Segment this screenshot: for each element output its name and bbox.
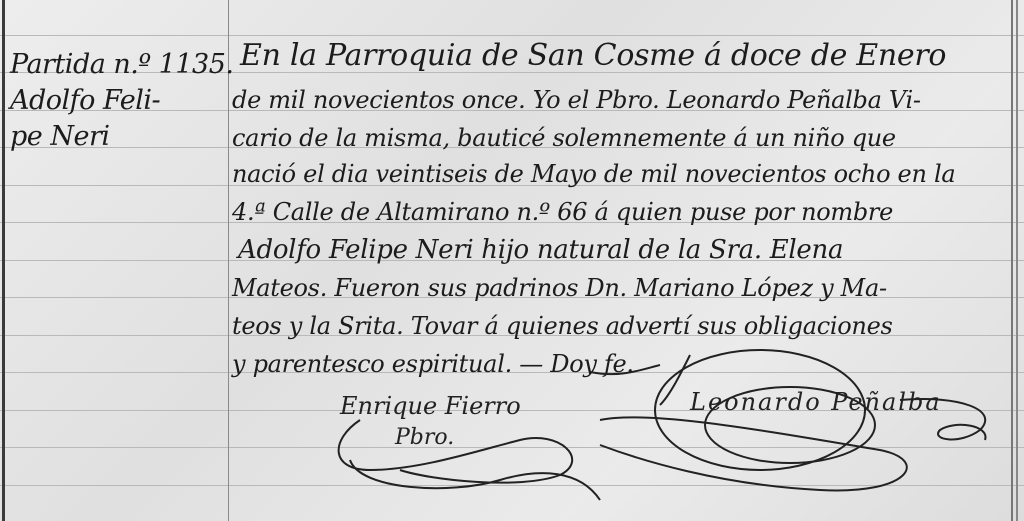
entry-line-8: teos y la Srita. Tovar á quienes advertí…: [232, 310, 893, 342]
entry-line-2: de mil novecientos once. Yo el Pbro. Leo…: [232, 84, 921, 116]
entry-line-1: En la Parroquia de San Cosme á doce de E…: [240, 40, 946, 72]
child-name-line-1: Adolfo Feli-: [10, 84, 160, 118]
entry-line-3: cario de la misma, bauticé solemnemente …: [232, 122, 896, 154]
entry-line-5: 4.ª Calle de Altamirano n.º 66 á quien p…: [232, 196, 893, 228]
child-name-line-2: pe Neri: [10, 120, 110, 154]
signature-left-title: Pbro.: [395, 425, 454, 450]
ruled-line: [0, 35, 1024, 36]
right-rule: [1011, 0, 1013, 521]
ruled-line: [0, 447, 1024, 448]
entry-number: Partida n.º 1135.: [10, 48, 233, 82]
register-page: Partida n.º 1135. Adolfo Feli- pe Neri E…: [0, 0, 1024, 521]
entry-line-4: nació el dia veintiseis de Mayo de mil n…: [232, 158, 955, 190]
signature-left-name: Enrique Fierro: [340, 392, 521, 420]
entry-line-7: Mateos. Fueron sus padrinos Dn. Mariano …: [232, 272, 887, 304]
ruled-line: [0, 485, 1024, 486]
entry-line-9: y parentesco espiritual. — Doy fe.: [232, 348, 634, 380]
entry-line-6: Adolfo Felipe Neri hijo natural de la Sr…: [238, 234, 843, 266]
right-rule: [1016, 0, 1018, 521]
page-left-edge: [2, 0, 5, 521]
signature-right-name: Leonardo Peñalba: [690, 388, 942, 416]
